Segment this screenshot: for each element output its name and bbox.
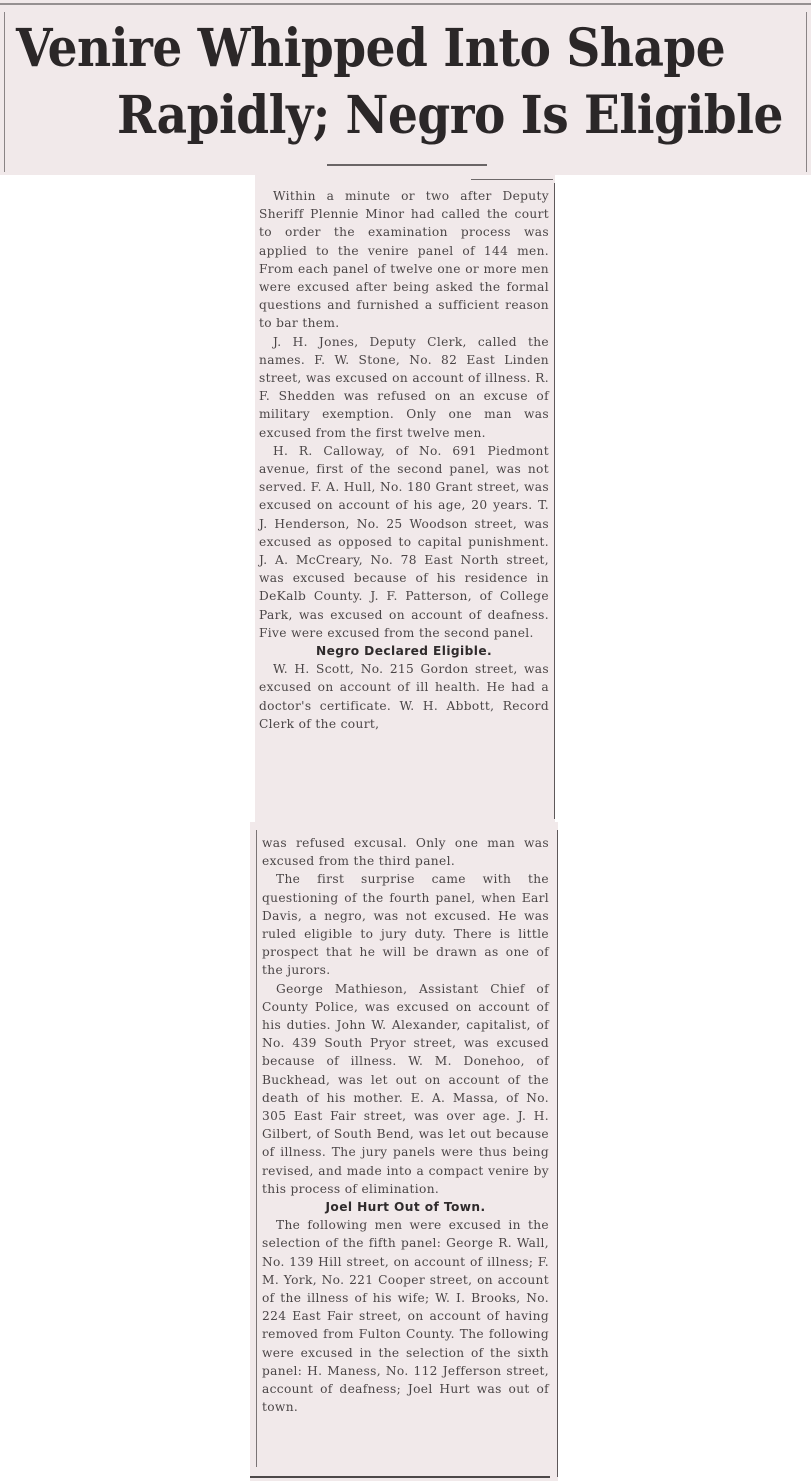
column-left-rule <box>256 830 257 1467</box>
headline-line-1: Venire Whipped Into Shape <box>16 18 725 80</box>
right-border-rule <box>806 12 807 172</box>
column-right-rule <box>557 830 558 1477</box>
paragraph: George Mathieson, Assistant Chief of Cou… <box>262 980 549 1198</box>
headline-line-2: Rapidly; Negro Is Eligible <box>117 85 783 147</box>
subheading-joel-hurt-out-of-town: Joel Hurt Out of Town. <box>262 1198 549 1216</box>
column-text: was refused excusal. Only one man was ex… <box>262 834 549 1417</box>
subheading-negro-declared-eligible: Negro Declared Eligible. <box>259 642 549 660</box>
column-right-rule <box>554 183 555 819</box>
column-text: Within a minute or two after Deputy Sher… <box>259 187 549 733</box>
left-border-rule <box>4 12 5 172</box>
paragraph: The following men were excused in the se… <box>262 1216 549 1416</box>
paragraph: The first surprise came with the questio… <box>262 870 549 979</box>
headline-divider <box>327 164 487 166</box>
headline-clipping: Venire Whipped Into Shape Rapidly; Negro… <box>0 0 811 175</box>
paragraph: J. H. Jones, Deputy Clerk, called the na… <box>259 333 549 442</box>
article-column-segment-1: Within a minute or two after Deputy Sher… <box>255 175 555 823</box>
paragraph: W. H. Scott, No. 215 Gordon street, was … <box>259 660 549 733</box>
top-rule <box>0 3 811 5</box>
paragraph: H. R. Calloway, of No. 691 Piedmont aven… <box>259 442 549 642</box>
paragraph: Within a minute or two after Deputy Sher… <box>259 187 549 333</box>
paragraph-continuation: was refused excusal. Only one man was ex… <box>262 834 549 870</box>
column-top-rule <box>471 179 553 180</box>
column-bottom-rule <box>250 1476 550 1478</box>
article-column-segment-2: was refused excusal. Only one man was ex… <box>250 822 558 1481</box>
